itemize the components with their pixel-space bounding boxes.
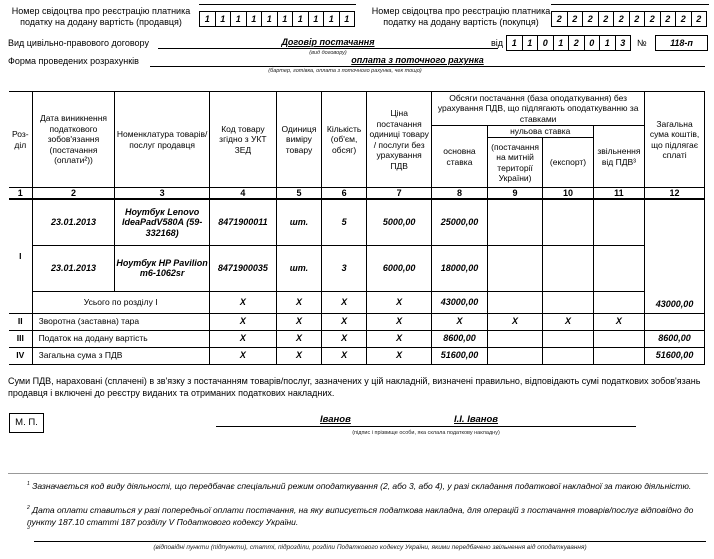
item-unit: шт. bbox=[276, 245, 321, 291]
total-section-i: 43000,00 bbox=[645, 199, 705, 313]
seller-tin-topline bbox=[199, 4, 356, 5]
seller-tin-label-line2: податку на додану вартість (продавця) bbox=[8, 17, 194, 28]
item-zero-export bbox=[543, 245, 593, 291]
subtotal-row: Усього по розділу I X X X X 43000,00 bbox=[9, 291, 705, 313]
item-qty: 5 bbox=[322, 199, 367, 245]
footnote-2: 2 Дата оплати ставиться у разі попереднь… bbox=[27, 502, 709, 528]
footnotes-divider bbox=[8, 473, 708, 474]
footnote-3-hint: (відповідні пункти (підпункти), статті, … bbox=[34, 544, 706, 551]
buyer-tin-digit: 2 bbox=[691, 12, 707, 26]
seller-tin-label: Номер свідоцтва про реєстрацію платника … bbox=[8, 6, 194, 28]
buyer-tin-field[interactable]: 2222222222 bbox=[551, 11, 707, 27]
stamp-box: М. П. bbox=[9, 413, 44, 433]
section-iii-exempt bbox=[593, 330, 644, 347]
column-number: 5 bbox=[276, 188, 321, 200]
section-iii-zero-export bbox=[543, 330, 593, 347]
subtotal-base: 43000,00 bbox=[432, 291, 488, 313]
subtotal-unit: X bbox=[276, 291, 321, 313]
subtotal-label: Усього по розділу I bbox=[32, 291, 209, 313]
header-price: Ціна постачання одиниці товару / послуги… bbox=[367, 92, 432, 188]
buyer-tin-digit: 2 bbox=[660, 12, 676, 26]
section-iv-base: 51600,00 bbox=[432, 347, 488, 364]
signer-name: І.І. Іванов bbox=[454, 414, 498, 425]
section-iv-code: X bbox=[209, 347, 276, 364]
item-zero-domestic bbox=[487, 245, 543, 291]
section-ii-num: II bbox=[9, 313, 32, 330]
section-iii-qty: X bbox=[322, 330, 367, 347]
payment-form-value[interactable]: оплата з поточного рахунка bbox=[150, 55, 705, 67]
column-number: 10 bbox=[543, 188, 593, 200]
column-number: 11 bbox=[593, 188, 644, 200]
subtotal-price: X bbox=[367, 291, 432, 313]
header-unit: Одиниця виміру товару bbox=[276, 92, 321, 188]
item-name: Ноутбук Lenovo IdeaPadV580A (59-332168) bbox=[115, 199, 209, 245]
buyer-tin-label-line1: Номер свідоцтва про реєстрацію платника bbox=[366, 6, 556, 17]
header-zero-domestic: (постачання на митній території України) bbox=[487, 138, 543, 188]
section-iv-zero-domestic bbox=[487, 347, 543, 364]
buyer-tin-digit: 2 bbox=[629, 12, 645, 26]
section-iii-label: Податок на додану вартість bbox=[32, 330, 209, 347]
contract-type-value[interactable]: Договір постачання bbox=[158, 37, 498, 49]
date-digit: 1 bbox=[553, 36, 569, 50]
header-zero-export: (експорт) bbox=[543, 138, 593, 188]
section-iii-row: III Податок на додану вартість X X X X 8… bbox=[9, 330, 705, 347]
column-number: 6 bbox=[322, 188, 367, 200]
seller-tin-digit: 1 bbox=[292, 12, 308, 26]
buyer-tin-digit: 2 bbox=[644, 12, 660, 26]
contract-type-label: Вид цивільно-правового договору bbox=[8, 38, 149, 48]
date-label: від bbox=[491, 38, 503, 48]
section-iv-price: X bbox=[367, 347, 432, 364]
section-ii-zero-export: X bbox=[543, 313, 593, 330]
section-iii-num: III bbox=[9, 330, 32, 347]
header-date: Дата виникнення податкового зобов'язання… bbox=[32, 92, 115, 188]
payment-form-value-text: оплата з поточного рахунка bbox=[351, 55, 484, 65]
section-ii-code: X bbox=[209, 313, 276, 330]
section-ii-total bbox=[645, 313, 705, 330]
header-base-rate: основна ставка bbox=[432, 126, 488, 188]
section-ii-exempt: X bbox=[593, 313, 644, 330]
section-iv-unit: X bbox=[276, 347, 321, 364]
item-code: 8471900035 bbox=[209, 245, 276, 291]
seller-tin-digit: 1 bbox=[200, 12, 215, 26]
section-iv-label: Загальна сума з ПДВ bbox=[32, 347, 209, 364]
subtotal-qty: X bbox=[322, 291, 367, 313]
date-field[interactable]: 11012013 bbox=[506, 35, 631, 51]
section-ii-qty: X bbox=[322, 313, 367, 330]
invoice-table: Роз-діл Дата виникнення податкового зобо… bbox=[9, 91, 705, 365]
section-ii-row: II Зворотна (заставна) тара X X X X X X … bbox=[9, 313, 705, 330]
section-iii-total: 8600,00 bbox=[645, 330, 705, 347]
seller-tin-digit: 1 bbox=[277, 12, 293, 26]
header-nomenclature: Номенклатура товарів/послуг продавця bbox=[115, 92, 209, 188]
date-digit: 0 bbox=[584, 36, 600, 50]
seller-tin-digit: 1 bbox=[308, 12, 324, 26]
number-field[interactable]: 118-п bbox=[655, 35, 708, 51]
section-iv-zero-export bbox=[543, 347, 593, 364]
header-volume-group: Обсяги постачання (база оподаткування) б… bbox=[432, 92, 645, 126]
payment-form-hint: (бартер, готівка, оплата з поточного рах… bbox=[150, 68, 540, 74]
section-iii-unit: X bbox=[276, 330, 321, 347]
table-row: I 23.01.2013 Ноутбук Lenovo IdeaPadV580A… bbox=[9, 199, 705, 245]
section-ii-label: Зворотна (заставна) тара bbox=[32, 313, 209, 330]
section-iv-num: IV bbox=[9, 347, 32, 364]
date-digit: 3 bbox=[615, 36, 631, 50]
buyer-tin-digit: 2 bbox=[567, 12, 583, 26]
column-number: 2 bbox=[32, 188, 115, 200]
column-numbers-row: 123456789101112 bbox=[9, 188, 705, 200]
section-iii-zero-domestic bbox=[487, 330, 543, 347]
section-iii-code: X bbox=[209, 330, 276, 347]
signature-line[interactable]: Іванов І.І. Іванов bbox=[216, 414, 636, 427]
header-total: Загальна сума коштів, що підлягає сплаті bbox=[645, 92, 705, 188]
footnote-1: 1 Зазначається код виду діяльності, що п… bbox=[27, 478, 709, 492]
item-date: 23.01.2013 bbox=[32, 245, 115, 291]
section-iii-price: X bbox=[367, 330, 432, 347]
subtotal-zero-domestic bbox=[487, 291, 543, 313]
item-qty: 3 bbox=[322, 245, 367, 291]
buyer-tin-digit: 2 bbox=[552, 12, 567, 26]
column-number: 9 bbox=[487, 188, 543, 200]
seller-tin-digit: 1 bbox=[215, 12, 231, 26]
column-number: 4 bbox=[209, 188, 276, 200]
section-iv-row: IV Загальна сума з ПДВ X X X X 51600,00 … bbox=[9, 347, 705, 364]
table-row: 23.01.2013 Ноутбук HP Pavilion m6-1062sr… bbox=[9, 245, 705, 291]
item-name: Ноутбук HP Pavilion m6-1062sr bbox=[115, 245, 209, 291]
footnote-3-line bbox=[34, 541, 706, 542]
item-base: 18000,00 bbox=[432, 245, 488, 291]
item-base: 25000,00 bbox=[432, 199, 488, 245]
buyer-tin-digit: 2 bbox=[582, 12, 598, 26]
section-iv-qty: X bbox=[322, 347, 367, 364]
item-exempt bbox=[593, 199, 644, 245]
subtotal-zero-export bbox=[543, 291, 593, 313]
item-price: 5000,00 bbox=[367, 199, 432, 245]
buyer-tin-label-line2: податку на додану вартість (покупця) bbox=[366, 17, 556, 28]
footnote-2-mark: 2 bbox=[27, 505, 30, 511]
buyer-tin-digit: 2 bbox=[598, 12, 614, 26]
buyer-tin-digit: 2 bbox=[613, 12, 629, 26]
subtotal-exempt bbox=[593, 291, 644, 313]
seller-tin-digit: 1 bbox=[323, 12, 339, 26]
section-iii-base: 8600,00 bbox=[432, 330, 488, 347]
date-digit: 1 bbox=[522, 36, 538, 50]
number-label: № bbox=[637, 38, 647, 48]
subtotal-code: X bbox=[209, 291, 276, 313]
section-ii-unit: X bbox=[276, 313, 321, 330]
date-digit: 2 bbox=[568, 36, 584, 50]
header-section: Роз-діл bbox=[9, 92, 32, 188]
signature-value: Іванов bbox=[320, 414, 351, 425]
header-quantity: Кількість (об'єм, обсяг) bbox=[322, 92, 367, 188]
section-iv-exempt bbox=[593, 347, 644, 364]
section-ii-price: X bbox=[367, 313, 432, 330]
item-exempt bbox=[593, 245, 644, 291]
buyer-tin-topline bbox=[551, 4, 709, 5]
column-number: 3 bbox=[115, 188, 209, 200]
seller-tin-digit: 1 bbox=[261, 12, 277, 26]
section-ii-base: X bbox=[432, 313, 488, 330]
column-number: 12 bbox=[645, 188, 705, 200]
footnote-1-text: Зазначається код виду діяльності, що пер… bbox=[32, 481, 691, 491]
date-digit: 0 bbox=[537, 36, 553, 50]
date-digit: 1 bbox=[599, 36, 615, 50]
seller-tin-digit: 1 bbox=[339, 12, 355, 26]
item-price: 6000,00 bbox=[367, 245, 432, 291]
footnote-3-mark: 3 bbox=[27, 525, 30, 531]
header-zero-rate: нульова ставка bbox=[487, 126, 593, 138]
item-zero-export bbox=[543, 199, 593, 245]
buyer-tin-label: Номер свідоцтва про реєстрацію платника … bbox=[366, 6, 556, 28]
section-i-label: I bbox=[9, 199, 32, 313]
section-iv-total: 51600,00 bbox=[645, 347, 705, 364]
column-number: 7 bbox=[367, 188, 432, 200]
seller-tin-digit: 1 bbox=[246, 12, 262, 26]
date-digit: 1 bbox=[507, 36, 522, 50]
column-number: 8 bbox=[432, 188, 488, 200]
header-code: Код товару згідно з УКТ ЗЕД bbox=[209, 92, 276, 188]
section-ii-zero-domestic: X bbox=[487, 313, 543, 330]
buyer-tin-digit: 2 bbox=[675, 12, 691, 26]
item-unit: шт. bbox=[276, 199, 321, 245]
seller-tin-label-line1: Номер свідоцтва про реєстрацію платника bbox=[8, 6, 194, 17]
footnote-1-mark: 1 bbox=[27, 481, 30, 487]
footnote-2-text: Дата оплати ставиться у разі попередньої… bbox=[27, 505, 693, 527]
item-zero-domestic bbox=[487, 199, 543, 245]
vat-statement: Суми ПДВ, нараховані (сплачені) в зв'язк… bbox=[8, 375, 708, 399]
seller-tin-field[interactable]: 1111111111 bbox=[199, 11, 355, 27]
column-number: 1 bbox=[9, 188, 32, 200]
item-date: 23.01.2013 bbox=[32, 199, 115, 245]
seller-tin-digit: 1 bbox=[230, 12, 246, 26]
signature-hint: (підпис і прізвище особи, яка склала под… bbox=[216, 430, 636, 436]
item-code: 8471900011 bbox=[209, 199, 276, 245]
payment-form-label: Форма проведених розрахунків bbox=[8, 56, 139, 66]
header-exempt: звільнення від ПДВ³ bbox=[593, 126, 644, 188]
